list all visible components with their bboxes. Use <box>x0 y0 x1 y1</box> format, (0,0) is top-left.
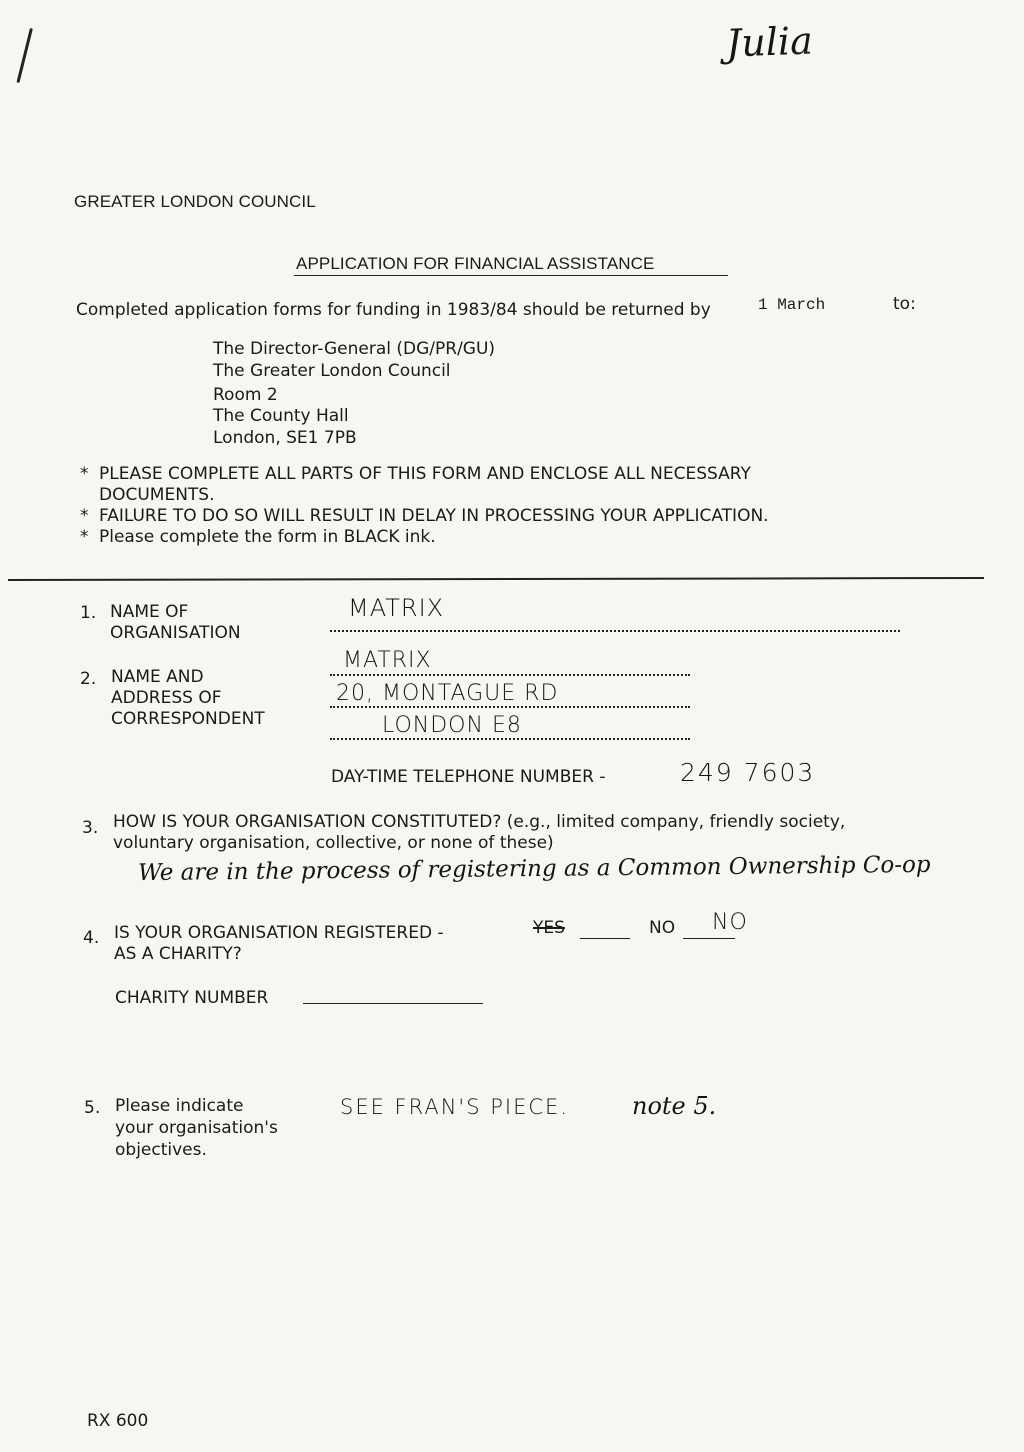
question-4-label: IS YOUR ORGANISATION REGISTERED - AS A C… <box>114 923 444 965</box>
address-line: London, SE1 7PB <box>213 428 357 448</box>
instructions-list: * PLEASE COMPLETE ALL PARTS OF THIS FORM… <box>80 464 769 548</box>
yes-answer-line[interactable] <box>580 938 630 939</box>
question-number: 1. <box>80 603 96 623</box>
address-line: The County Hall <box>213 406 349 426</box>
charity-number-field[interactable] <box>303 1003 483 1004</box>
question-5-label: Please indicate your organisation's obje… <box>115 1095 278 1161</box>
correspondent-line-3[interactable] <box>330 738 690 740</box>
bullet: * <box>80 527 99 548</box>
handwritten-name: Julia <box>725 19 813 66</box>
correspondent-line-2[interactable] <box>330 706 690 708</box>
return-to-label: to: <box>893 294 916 314</box>
no-option-label: NO <box>649 918 675 939</box>
charity-number-label: CHARITY NUMBER <box>115 988 268 1009</box>
question-number: 5. <box>84 1098 100 1118</box>
instruction-line: Please complete the form in BLACK ink. <box>99 527 436 548</box>
form-code: RX 600 <box>87 1411 148 1431</box>
label-line: IS YOUR ORGANISATION REGISTERED - <box>114 923 444 944</box>
address-line: The Greater London Council <box>213 361 451 381</box>
question-number: 3. <box>82 818 98 838</box>
instruction-item: * PLEASE COMPLETE ALL PARTS OF THIS FORM… <box>80 464 769 506</box>
return-date: 1 March <box>758 296 825 314</box>
question-number: 4. <box>83 928 99 948</box>
instruction-line: DOCUMENTS. <box>99 485 751 506</box>
label-line: ADDRESS OF <box>111 688 265 709</box>
return-instruction: Completed application forms for funding … <box>76 300 711 320</box>
instruction-text: PLEASE COMPLETE ALL PARTS OF THIS FORM A… <box>99 464 751 506</box>
label-line: CORRESPONDENT <box>111 709 265 730</box>
issuing-organisation: GREATER LONDON COUNCIL <box>74 192 316 212</box>
no-answer[interactable]: NO <box>712 910 748 935</box>
instruction-item: * FAILURE TO DO SO WILL RESULT IN DELAY … <box>80 506 769 527</box>
form-title: APPLICATION FOR FINANCIAL ASSISTANCE <box>296 254 654 274</box>
address-line: Room 2 <box>213 385 278 405</box>
correspondent-address-line-1[interactable]: 20, MONTAGUE RD <box>336 681 558 706</box>
yes-option-struck[interactable]: YES <box>533 918 565 938</box>
label-line: objectives. <box>115 1139 278 1161</box>
label-line: Please indicate <box>115 1095 278 1117</box>
question-number: 2. <box>80 669 96 689</box>
address-line: The Director-General (DG/PR/GU) <box>213 339 495 359</box>
telephone-label: DAY-TIME TELEPHONE NUMBER - <box>331 767 605 788</box>
label-line: HOW IS YOUR ORGANISATION CONSTITUTED? (e… <box>113 812 845 833</box>
correspondent-line-1[interactable] <box>330 674 690 676</box>
section-divider <box>8 577 984 581</box>
label-line: voluntary organisation, collective, or n… <box>113 833 845 854</box>
correspondent-name-answer[interactable]: MATRIX <box>343 648 432 673</box>
label-line: ORGANISATION <box>110 623 241 644</box>
telephone-answer[interactable]: 249 7603 <box>680 758 815 787</box>
question-1-label: NAME OF ORGANISATION <box>110 602 241 644</box>
title-underline <box>294 275 728 276</box>
label-line: NAME AND <box>111 667 265 688</box>
label-line: AS A CHARITY? <box>114 944 444 965</box>
organisation-name-answer[interactable]: MATRIX <box>348 594 444 622</box>
bullet: * <box>80 506 99 527</box>
no-answer-line[interactable] <box>683 938 735 939</box>
pen-slash-mark <box>16 28 32 83</box>
instruction-line: PLEASE COMPLETE ALL PARTS OF THIS FORM A… <box>99 464 751 485</box>
bullet: * <box>80 464 99 506</box>
constitution-answer[interactable]: We are in the process of registering as … <box>138 852 931 886</box>
instruction-line: FAILURE TO DO SO WILL RESULT IN DELAY IN… <box>99 506 769 527</box>
correspondent-address-line-2[interactable]: LONDON E8 <box>382 713 522 738</box>
question-2-label: NAME AND ADDRESS OF CORRESPONDENT <box>111 667 265 730</box>
organisation-name-field[interactable] <box>330 630 900 632</box>
objectives-answer[interactable]: SEE FRAN'S PIECE. <box>340 1095 569 1119</box>
instruction-item: * Please complete the form in BLACK ink. <box>80 527 769 548</box>
objectives-note: note 5. <box>632 1092 716 1120</box>
label-line: NAME OF <box>110 602 241 623</box>
label-line: your organisation's <box>115 1117 278 1139</box>
question-3-label: HOW IS YOUR ORGANISATION CONSTITUTED? (e… <box>113 812 845 854</box>
